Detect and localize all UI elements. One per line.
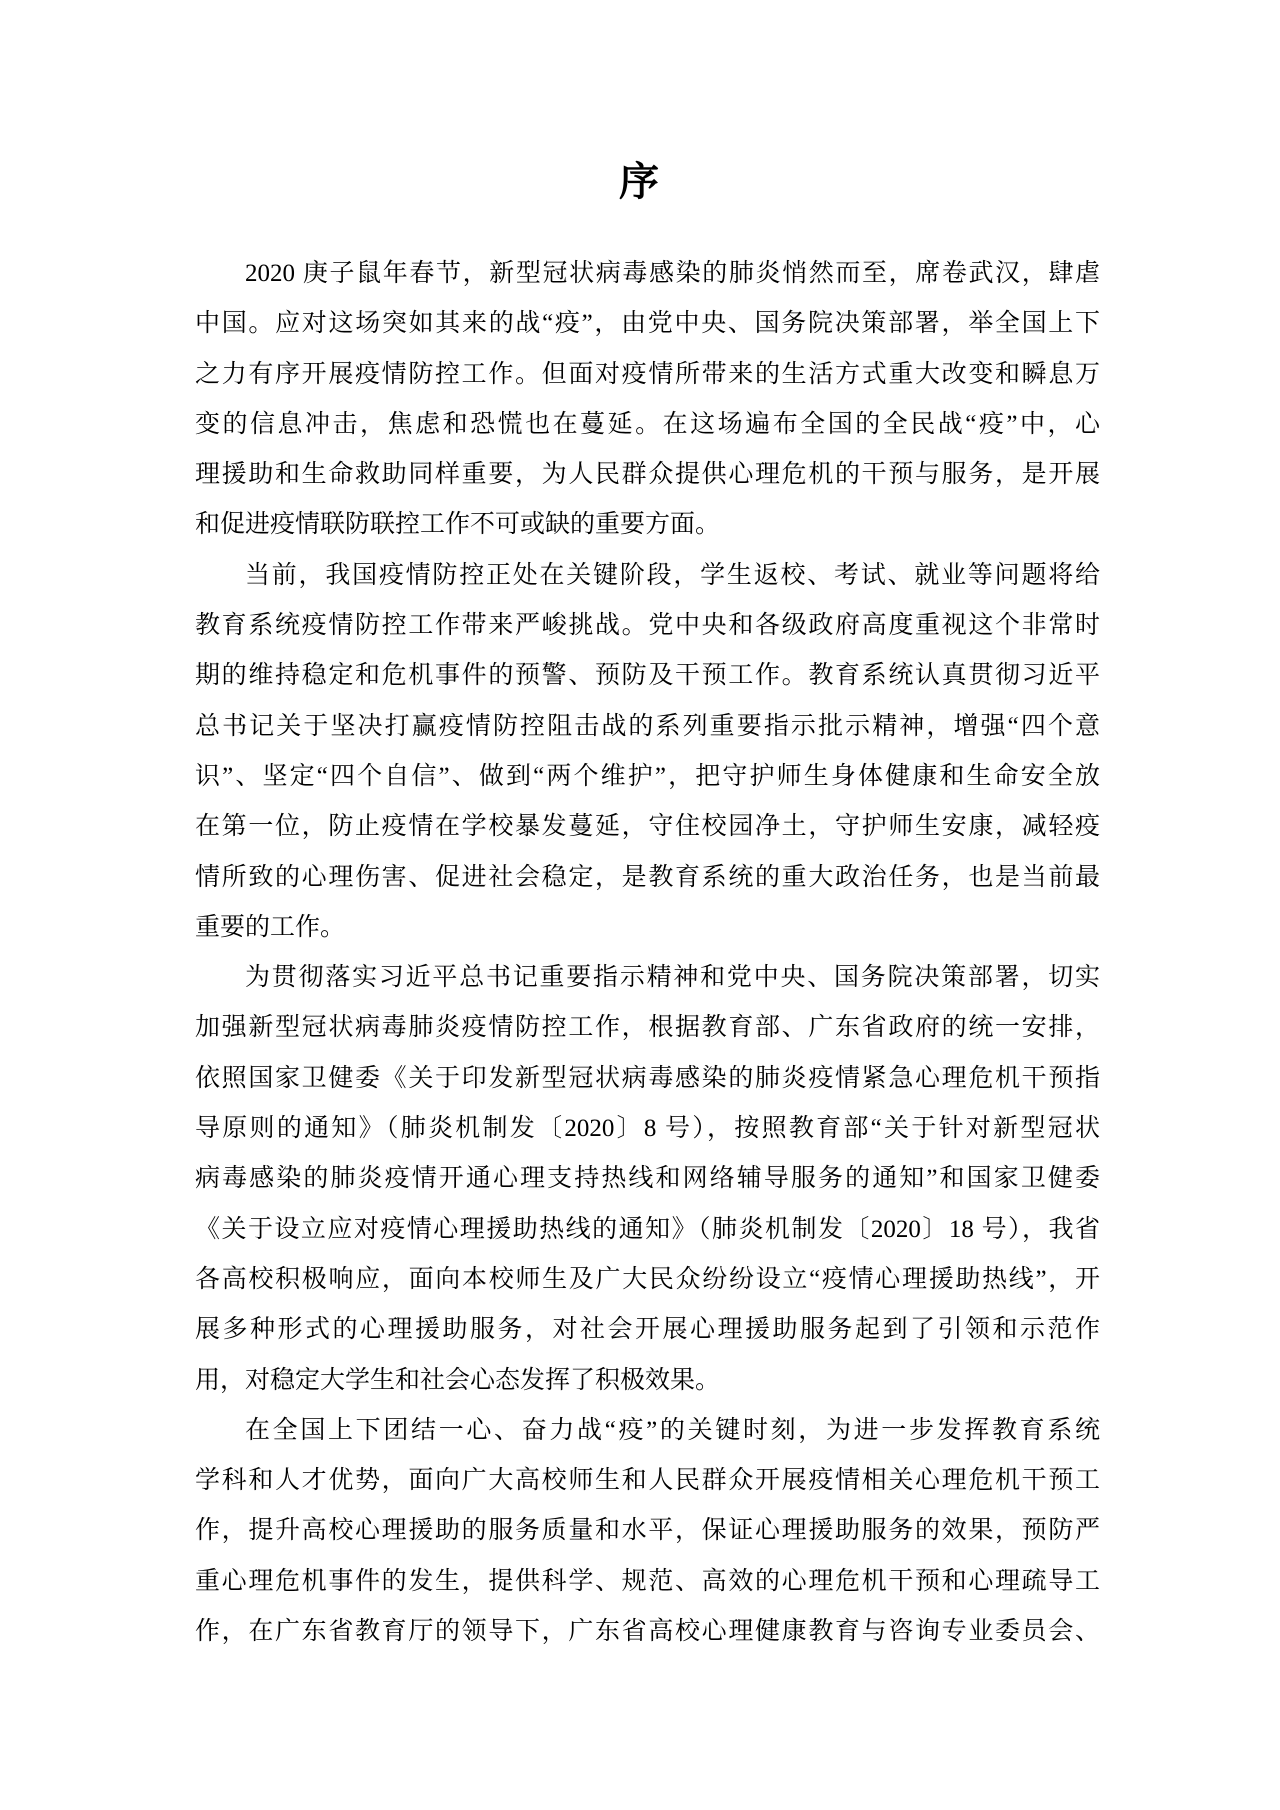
- paragraph: 当前，我国疫情防控正处在关键阶段，学生返校、考试、就业等问题将给教育系统疫情防控…: [195, 551, 1100, 953]
- text-line: 当前，我国疫情防控正处在关键阶段，学生返校、考试、就业等问题将给: [195, 551, 1100, 601]
- text-line: 中国。应对这场突如其来的战“疫”，由党中央、国务院决策部署，举全国上下: [195, 299, 1100, 349]
- text-line: 作，在广东省教育厅的领导下，广东省高校心理健康教育与咨询专业委员会、: [195, 1607, 1100, 1657]
- body-text: 2020 庚子鼠年春节，新型冠状病毒感染的肺炎悄然而至，席卷武汉，肆虐中国。应对…: [195, 249, 1100, 1657]
- text-line: 之力有序开展疫情防控工作。但面对疫情所带来的生活方式重大改变和瞬息万: [195, 350, 1100, 400]
- text-line: 展多种形式的心理援助服务，对社会开展心理援助服务起到了引领和示范作: [195, 1305, 1100, 1355]
- text-line: 识”、坚定“四个自信”、做到“两个维护”，把守护师生身体健康和生命安全放: [195, 752, 1100, 802]
- text-line: 各高校积极响应，面向本校师生及广大民众纷纷设立“疫情心理援助热线”，开: [195, 1255, 1100, 1305]
- paragraph: 2020 庚子鼠年春节，新型冠状病毒感染的肺炎悄然而至，席卷武汉，肆虐中国。应对…: [195, 249, 1100, 551]
- text-line: 理援助和生命救助同样重要，为人民群众提供心理危机的干预与服务，是开展: [195, 450, 1100, 500]
- text-line: 重心理危机事件的发生，提供科学、规范、高效的心理危机干预和心理疏导工: [195, 1557, 1100, 1607]
- text-line: 加强新型冠状病毒肺炎疫情防控工作，根据教育部、广东省政府的统一安排，: [195, 1003, 1100, 1053]
- text-line: 病毒感染的肺炎疫情开通心理支持热线和网络辅导服务的通知”和国家卫健委: [195, 1154, 1100, 1204]
- text-line: 期的维持稳定和危机事件的预警、预防及干预工作。教育系统认真贯彻习近平: [195, 651, 1100, 701]
- text-line: 导原则的通知》（肺炎机制发〔2020〕8 号），按照教育部“关于针对新型冠状: [195, 1104, 1100, 1154]
- text-line: 2020 庚子鼠年春节，新型冠状病毒感染的肺炎悄然而至，席卷武汉，肆虐: [195, 249, 1100, 299]
- document-page: 序 2020 庚子鼠年春节，新型冠状病毒感染的肺炎悄然而至，席卷武汉，肆虐中国。…: [0, 0, 1280, 1810]
- text-line: 《关于设立应对疫情心理援助热线的通知》（肺炎机制发〔2020〕18 号），我省: [195, 1205, 1100, 1255]
- paragraph: 在全国上下团结一心、奋力战“疫”的关键时刻，为进一步发挥教育系统学科和人才优势，…: [195, 1406, 1100, 1657]
- text-line: 学科和人才优势，面向广大高校师生和人民群众开展疫情相关心理危机干预工: [195, 1456, 1100, 1506]
- text-line: 依照国家卫健委《关于印发新型冠状病毒感染的肺炎疫情紧急心理危机干预指: [195, 1054, 1100, 1104]
- text-line: 在第一位，防止疫情在学校暴发蔓延，守住校园净土，守护师生安康，减轻疫: [195, 802, 1100, 852]
- text-line: 变的信息冲击，焦虑和恐慌也在蔓延。在这场遍布全国的全民战“疫”中，心: [195, 400, 1100, 450]
- text-line: 教育系统疫情防控工作带来严峻挑战。党中央和各级政府高度重视这个非常时: [195, 601, 1100, 651]
- text-line: 作，提升高校心理援助的服务质量和水平，保证心理援助服务的效果，预防严: [195, 1506, 1100, 1556]
- text-line: 和促进疫情联防联控工作不可或缺的重要方面。: [195, 500, 1100, 550]
- text-line: 总书记关于坚决打赢疫情防控阻击战的系列重要指示批示精神，增强“四个意: [195, 702, 1100, 752]
- text-line: 为贯彻落实习近平总书记重要指示精神和党中央、国务院决策部署，切实: [195, 953, 1100, 1003]
- text-line: 在全国上下团结一心、奋力战“疫”的关键时刻，为进一步发挥教育系统: [195, 1406, 1100, 1456]
- text-line: 重要的工作。: [195, 903, 1100, 953]
- page-title: 序: [0, 158, 1280, 206]
- text-line: 情所致的心理伤害、促进社会稳定，是教育系统的重大政治任务，也是当前最: [195, 853, 1100, 903]
- paragraph: 为贯彻落实习近平总书记重要指示精神和党中央、国务院决策部署，切实加强新型冠状病毒…: [195, 953, 1100, 1406]
- text-line: 用，对稳定大学生和社会心态发挥了积极效果。: [195, 1356, 1100, 1406]
